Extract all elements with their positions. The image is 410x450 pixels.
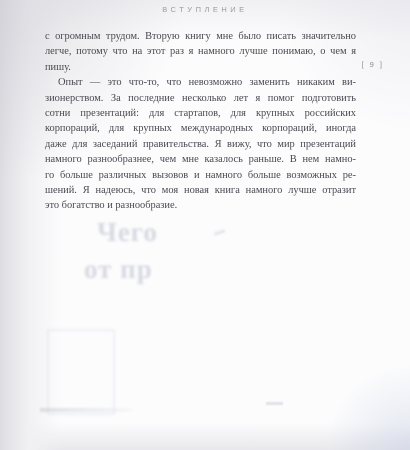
show-through-title-line2: от пр <box>84 254 153 285</box>
body-line: пишу. <box>45 60 356 75</box>
body-line: даже для заседаний правительства. Я вижу… <box>45 137 356 152</box>
body-line: го больше различных вызовов и намного бо… <box>45 168 356 183</box>
show-through-frame <box>47 329 115 415</box>
show-through-smudge <box>214 229 225 235</box>
body-line: сотни презентаций: для стартапов, для кр… <box>45 106 356 121</box>
body-line: с огромным трудом. Вторую книгу мне было… <box>45 29 356 44</box>
show-through-dash <box>266 402 283 405</box>
body-line: шений. Я надеюсь, что моя новая книга на… <box>45 183 356 198</box>
page-number: [ 9 ] <box>361 60 384 69</box>
show-through-rule <box>40 408 132 412</box>
show-through-title-line1: Чего <box>97 217 158 248</box>
body-line: намного разнообразнее, чем мне казалось … <box>45 152 356 167</box>
book-page-photo: Вступление [ 9 ] с огромным трудом. Втор… <box>0 0 410 450</box>
body-line: Опыт — это что-то, что невозможно замени… <box>45 75 356 90</box>
running-header: Вступление <box>0 5 410 14</box>
body-line: это богатство и разнообразие. <box>45 198 356 213</box>
body-line: корпораций, для крупных международных ко… <box>45 121 356 136</box>
body-line: легче, потому что на этот раз я намного … <box>45 44 356 59</box>
body-line: зионерством. За последние несколько лет … <box>45 91 356 106</box>
body-text: с огромным трудом. Вторую книгу мне было… <box>45 29 356 214</box>
